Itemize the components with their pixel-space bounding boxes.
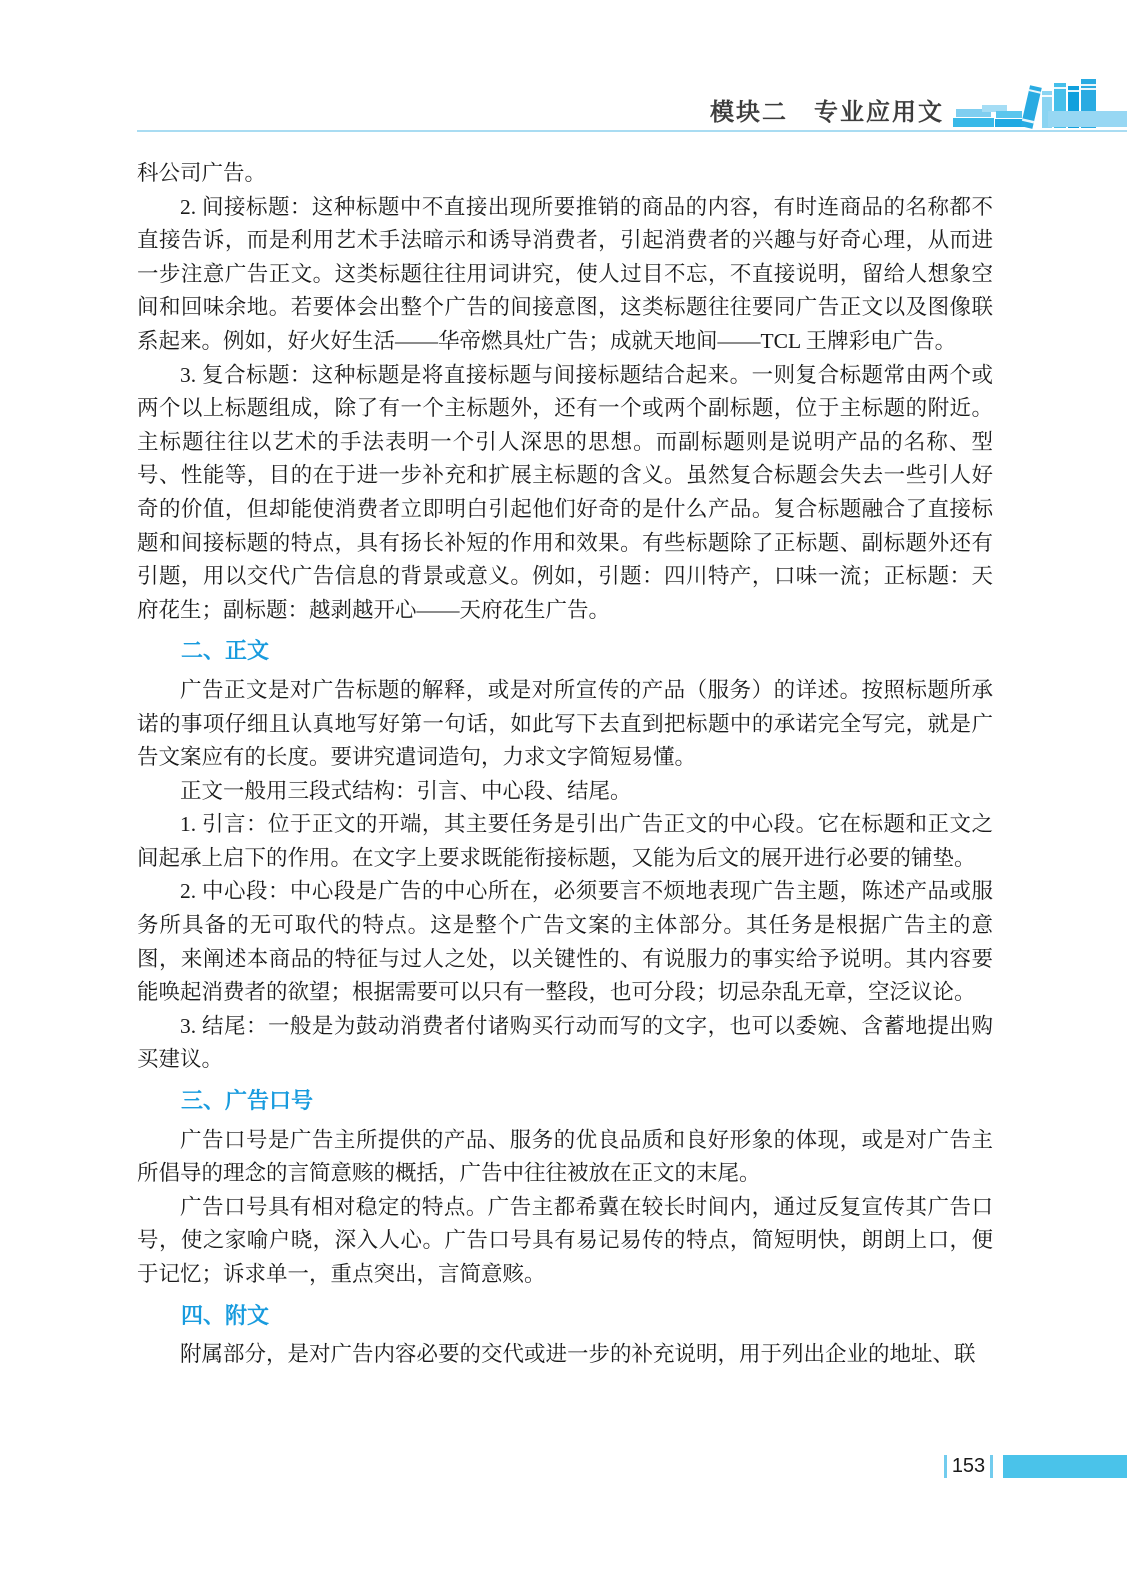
section-heading: 二、正文	[137, 634, 993, 668]
paragraph: 3. 结尾：一般是为鼓动消费者付诸购买行动而写的文字，也可以委婉、含蓄地提出购买…	[137, 1010, 993, 1077]
textbook-page: 模块二专业应用文 科公司广告。2. 间接标题：这种标题中不直接出现所要推销的商品…	[0, 0, 1127, 1570]
paragraph: 3. 复合标题：这种标题是将直接标题与间接标题结合起来。一则复合标题常由两个或两…	[137, 359, 993, 628]
page-number: 153	[947, 1455, 990, 1478]
paragraph: 正文一般用三段式结构：引言、中心段、结尾。	[137, 775, 993, 809]
header-accent-bar	[1048, 111, 1127, 127]
paragraph: 附属部分，是对广告内容必要的交代或进一步的补充说明，用于列出企业的地址、联	[137, 1338, 993, 1372]
section-heading: 四、附文	[137, 1299, 993, 1333]
paragraph: 2. 中心段：中心段是广告的中心所在，必须要言不烦地表现广告主题，陈述产品或服务…	[137, 875, 993, 1009]
header-section-label: 专业应用文	[814, 99, 944, 126]
footer-accent-bar	[1003, 1455, 1127, 1478]
page-header-title: 模块二专业应用文	[710, 92, 944, 127]
paragraph: 科公司广告。	[137, 157, 993, 191]
document-body: 科公司广告。2. 间接标题：这种标题中不直接出现所要推销的商品的内容，有时连商品…	[137, 157, 993, 1372]
paragraph: 广告口号具有相对稳定的特点。广告主都希冀在较长时间内，通过反复宣传其广告口号，使…	[137, 1191, 993, 1292]
section-heading: 三、广告口号	[137, 1084, 993, 1118]
paragraph: 1. 引言：位于正文的开端，其主要任务是引出广告正文的中心段。它在标题和正文之间…	[137, 808, 993, 875]
paragraph: 广告正文是对广告标题的解释，或是对所宣传的产品（服务）的详述。按照标题所承诺的事…	[137, 674, 993, 775]
header-module-label: 模块二	[710, 99, 788, 126]
header-rule-line	[137, 130, 1127, 132]
paragraph: 广告口号是广告主所提供的产品、服务的优良品质和良好形象的体现，或是对广告主所倡导…	[137, 1124, 993, 1191]
paragraph: 2. 间接标题：这种标题中不直接出现所要推销的商品的内容，有时连商品的名称都不直…	[137, 191, 993, 359]
footer-right-tick	[990, 1455, 993, 1478]
